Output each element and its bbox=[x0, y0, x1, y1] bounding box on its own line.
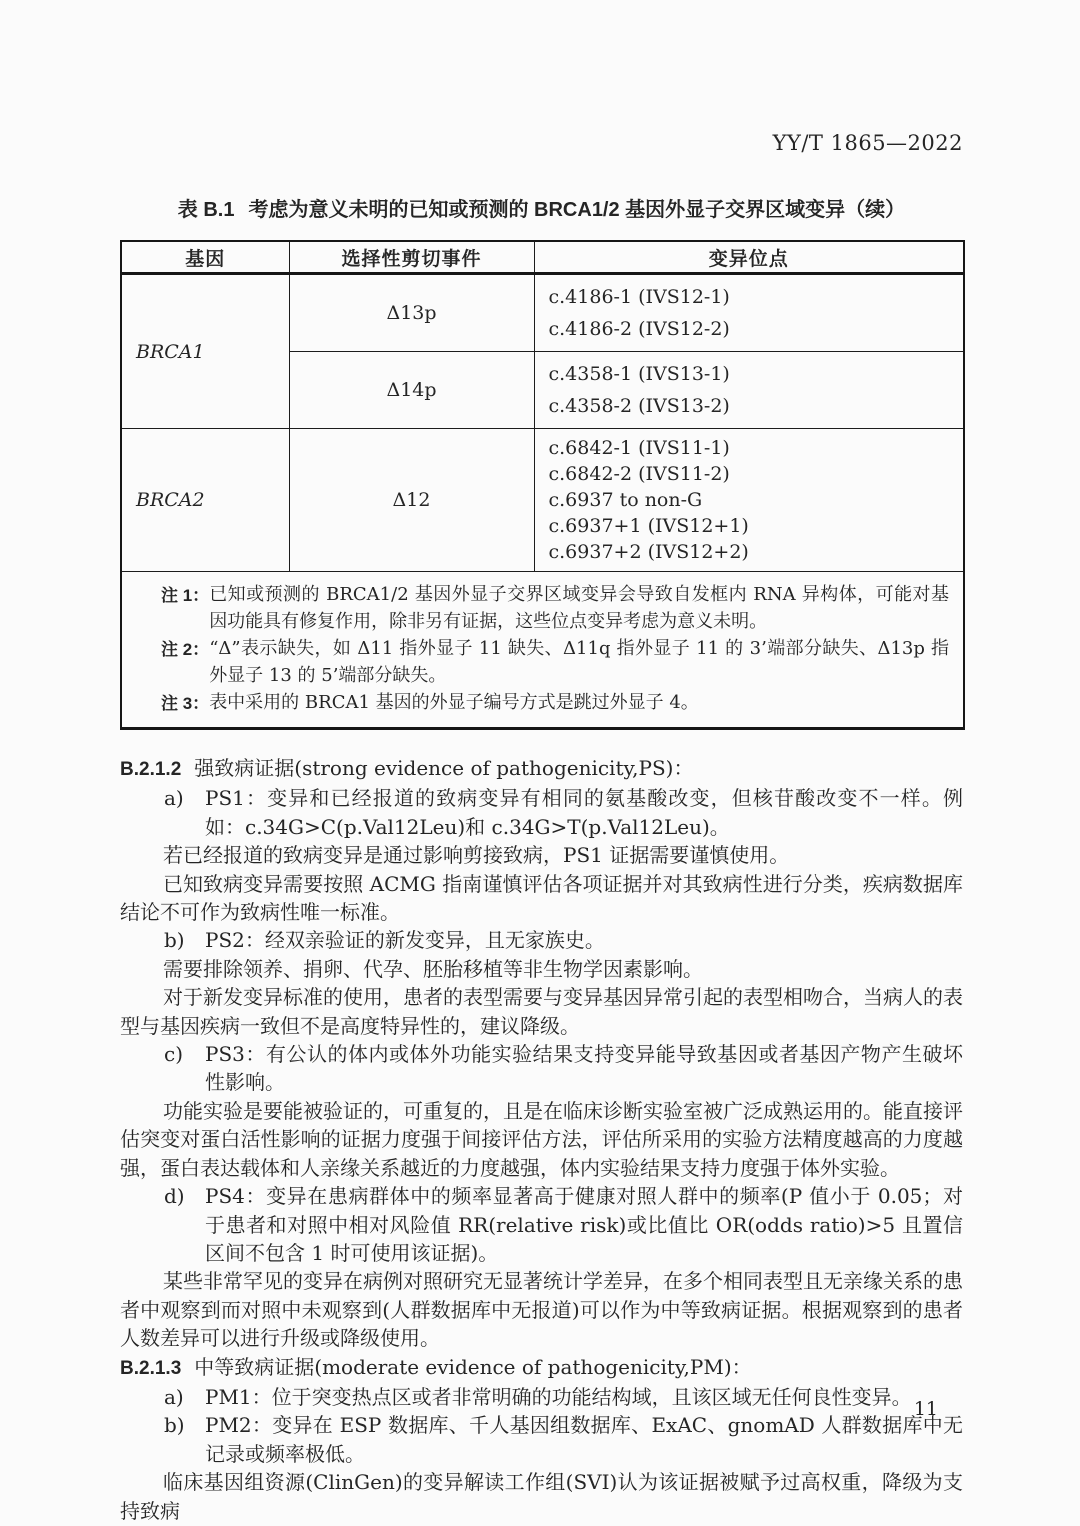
variant-cell: c.6842-1 (IVS11-1)c.6842-2 (IVS11-2)c.69… bbox=[534, 429, 964, 572]
note-text: 已知或预测的 BRCA1/2 基因外显子交界区域变异会导致自发框内 RNA 异构… bbox=[209, 581, 949, 635]
paragraph: 对于新发变异标准的使用，患者的表型需要与变异基因异常引起的表型相吻合，当病人的表… bbox=[120, 983, 963, 1040]
event-cell: Δ14p bbox=[289, 352, 534, 429]
variant-entry: c.4358-2 (IVS13-2) bbox=[549, 390, 950, 422]
note-label: 注 1： bbox=[161, 581, 209, 635]
table-notes: 注 1：已知或预测的 BRCA1/2 基因外显子交界区域变异会导致自发框内 RN… bbox=[121, 572, 964, 729]
list-item-text: PS3：有公认的体内或体外功能实验结果支持变异能导致基因或者基因产物产生破坏性影… bbox=[205, 1040, 963, 1097]
variant-entry: c.4186-2 (IVS12-2) bbox=[549, 313, 950, 345]
list-item-text: PS2：经双亲验证的新发变异，且无家族史。 bbox=[205, 926, 963, 954]
section-title: 强致病证据(strong evidence of pathogenicity,P… bbox=[194, 756, 693, 780]
header-gene: 基因 bbox=[121, 241, 289, 274]
list-item: b)PS2：经双亲验证的新发变异，且无家族史。 bbox=[164, 926, 963, 954]
event-cell: Δ13p bbox=[289, 274, 534, 352]
variant-entry: c.4186-1 (IVS12-1) bbox=[549, 281, 950, 313]
note-row: 注 3：表中采用的 BRCA1 基因的外显子编号方式是跳过外显子 4。 bbox=[161, 689, 949, 717]
variant-entry: c.6842-2 (IVS11-2) bbox=[549, 461, 950, 487]
section-heading: B.2.1.3中等致病证据(moderate evidence of patho… bbox=[120, 1353, 963, 1383]
list-item: a)PS1：变异和已经报道的致病变异有相同的氨基酸改变，但核苷酸改变不一样。例如… bbox=[164, 784, 963, 841]
variant-entry: c.6842-1 (IVS11-1) bbox=[549, 435, 950, 461]
list-item-text: PS1：变异和已经报道的致病变异有相同的氨基酸改变，但核苷酸改变不一样。例如：c… bbox=[205, 784, 963, 841]
variant-entry: c.6937 to non-G bbox=[549, 487, 950, 513]
document-page: YY/T 1865—2022 表 B.1考虑为意义未明的已知或预测的 BRCA1… bbox=[0, 0, 1080, 1526]
list-item-text: PM2：变异在 ESP 数据库、千人基因组数据库、ExAC、gnomAD 人群数… bbox=[205, 1411, 963, 1468]
list-item-label: b) bbox=[164, 1411, 205, 1468]
table-caption-text: 考虑为意义未明的已知或预测的 BRCA1/2 基因外显子交界区域变异（续） bbox=[248, 199, 905, 221]
event-cell: Δ12 bbox=[289, 429, 534, 572]
list-item-label: d) bbox=[164, 1182, 205, 1267]
variant-cell: c.4186-1 (IVS12-1)c.4186-2 (IVS12-2) bbox=[534, 274, 964, 352]
list-item-text: PS4：变异在患病群体中的频率显著高于健康对照人群中的频率(P 值小于 0.05… bbox=[205, 1182, 963, 1267]
paragraph: 功能实验是要能被验证的，可重复的，且是在临床诊断实验室被广泛成熟运用的。能直接评… bbox=[120, 1097, 963, 1182]
list-item: a)PM1：位于突变热点区或者非常明确的功能结构域，且该区域无任何良性变异。 bbox=[164, 1383, 963, 1411]
variant-table: 基因 选择性剪切事件 变异位点 BRCA1 Δ13p c.4186-1 (IVS… bbox=[120, 240, 965, 730]
list-item-label: a) bbox=[164, 1383, 205, 1411]
table-caption-label: 表 B.1 bbox=[178, 199, 235, 221]
note-label: 注 2： bbox=[161, 635, 209, 689]
list-item-label: b) bbox=[164, 926, 205, 954]
header-splice-event: 选择性剪切事件 bbox=[289, 241, 534, 274]
paragraph: 某些非常罕见的变异在病例对照研究无显著统计学差异，在多个相同表型且无亲缘关系的患… bbox=[120, 1267, 963, 1352]
doc-number: YY/T 1865—2022 bbox=[120, 131, 963, 155]
paragraph: 已知致病变异需要按照 ACMG 指南谨慎评估各项证据并对其致病性进行分类，疾病数… bbox=[120, 870, 963, 927]
paragraph: 需要排除领养、捐卵、代孕、胚胎移植等非生物学因素影响。 bbox=[120, 955, 963, 983]
list-item-label: c) bbox=[164, 1040, 205, 1097]
table-notes-row: 注 1：已知或预测的 BRCA1/2 基因外显子交界区域变异会导致自发框内 RN… bbox=[121, 572, 964, 729]
section-number: B.2.1.3 bbox=[120, 1358, 181, 1379]
section-number: B.2.1.2 bbox=[120, 759, 181, 780]
paragraph: 若已经报道的致病变异是通过影响剪接致病，PS1 证据需要谨慎使用。 bbox=[120, 841, 963, 869]
note-row: 注 1：已知或预测的 BRCA1/2 基因外显子交界区域变异会导致自发框内 RN… bbox=[161, 581, 949, 635]
list-item: c)PS3：有公认的体内或体外功能实验结果支持变异能导致基因或者基因产物产生破坏… bbox=[164, 1040, 963, 1097]
table-header-row: 基因 选择性剪切事件 变异位点 bbox=[121, 241, 964, 274]
section-heading: B.2.1.2强致病证据(strong evidence of pathogen… bbox=[120, 754, 963, 784]
page-number: 11 bbox=[914, 1398, 938, 1420]
note-row: 注 2：“Δ”表示缺失，如 Δ11 指外显子 11 缺失、Δ11q 指外显子 1… bbox=[161, 635, 949, 689]
note-text: 表中采用的 BRCA1 基因的外显子编号方式是跳过外显子 4。 bbox=[209, 689, 949, 717]
paragraph: 临床基因组资源(ClinGen)的变异解读工作组(SVI)认为该证据被赋予过高权… bbox=[120, 1468, 963, 1525]
body-text: B.2.1.2强致病证据(strong evidence of pathogen… bbox=[120, 754, 963, 1525]
variant-cell: c.4358-1 (IVS13-1)c.4358-2 (IVS13-2) bbox=[534, 352, 964, 429]
variant-entry: c.4358-1 (IVS13-1) bbox=[549, 358, 950, 390]
list-item-text: PM1：位于突变热点区或者非常明确的功能结构域，且该区域无任何良性变异。 bbox=[205, 1383, 963, 1411]
gene-cell-brca2: BRCA2 bbox=[121, 429, 289, 572]
list-item: d)PS4：变异在患病群体中的频率显著高于健康对照人群中的频率(P 值小于 0.… bbox=[164, 1182, 963, 1267]
page-content: YY/T 1865—2022 表 B.1考虑为意义未明的已知或预测的 BRCA1… bbox=[120, 0, 963, 1525]
note-text: “Δ”表示缺失，如 Δ11 指外显子 11 缺失、Δ11q 指外显子 11 的 … bbox=[209, 635, 949, 689]
variant-entry: c.6937+1 (IVS12+1) bbox=[549, 513, 950, 539]
table-row: BRCA2 Δ12 c.6842-1 (IVS11-1)c.6842-2 (IV… bbox=[121, 429, 964, 572]
list-item: b)PM2：变异在 ESP 数据库、千人基因组数据库、ExAC、gnomAD 人… bbox=[164, 1411, 963, 1468]
section-title: 中等致病证据(moderate evidence of pathogenicit… bbox=[194, 1355, 751, 1379]
table-row: BRCA1 Δ13p c.4186-1 (IVS12-1)c.4186-2 (I… bbox=[121, 274, 964, 352]
header-variant-site: 变异位点 bbox=[534, 241, 964, 274]
table-caption: 表 B.1考虑为意义未明的已知或预测的 BRCA1/2 基因外显子交界区域变异（… bbox=[120, 193, 963, 222]
list-item-label: a) bbox=[164, 784, 205, 841]
variant-entry: c.6937+2 (IVS12+2) bbox=[549, 539, 950, 565]
note-label: 注 3： bbox=[161, 689, 209, 717]
gene-cell-brca1: BRCA1 bbox=[121, 274, 289, 429]
